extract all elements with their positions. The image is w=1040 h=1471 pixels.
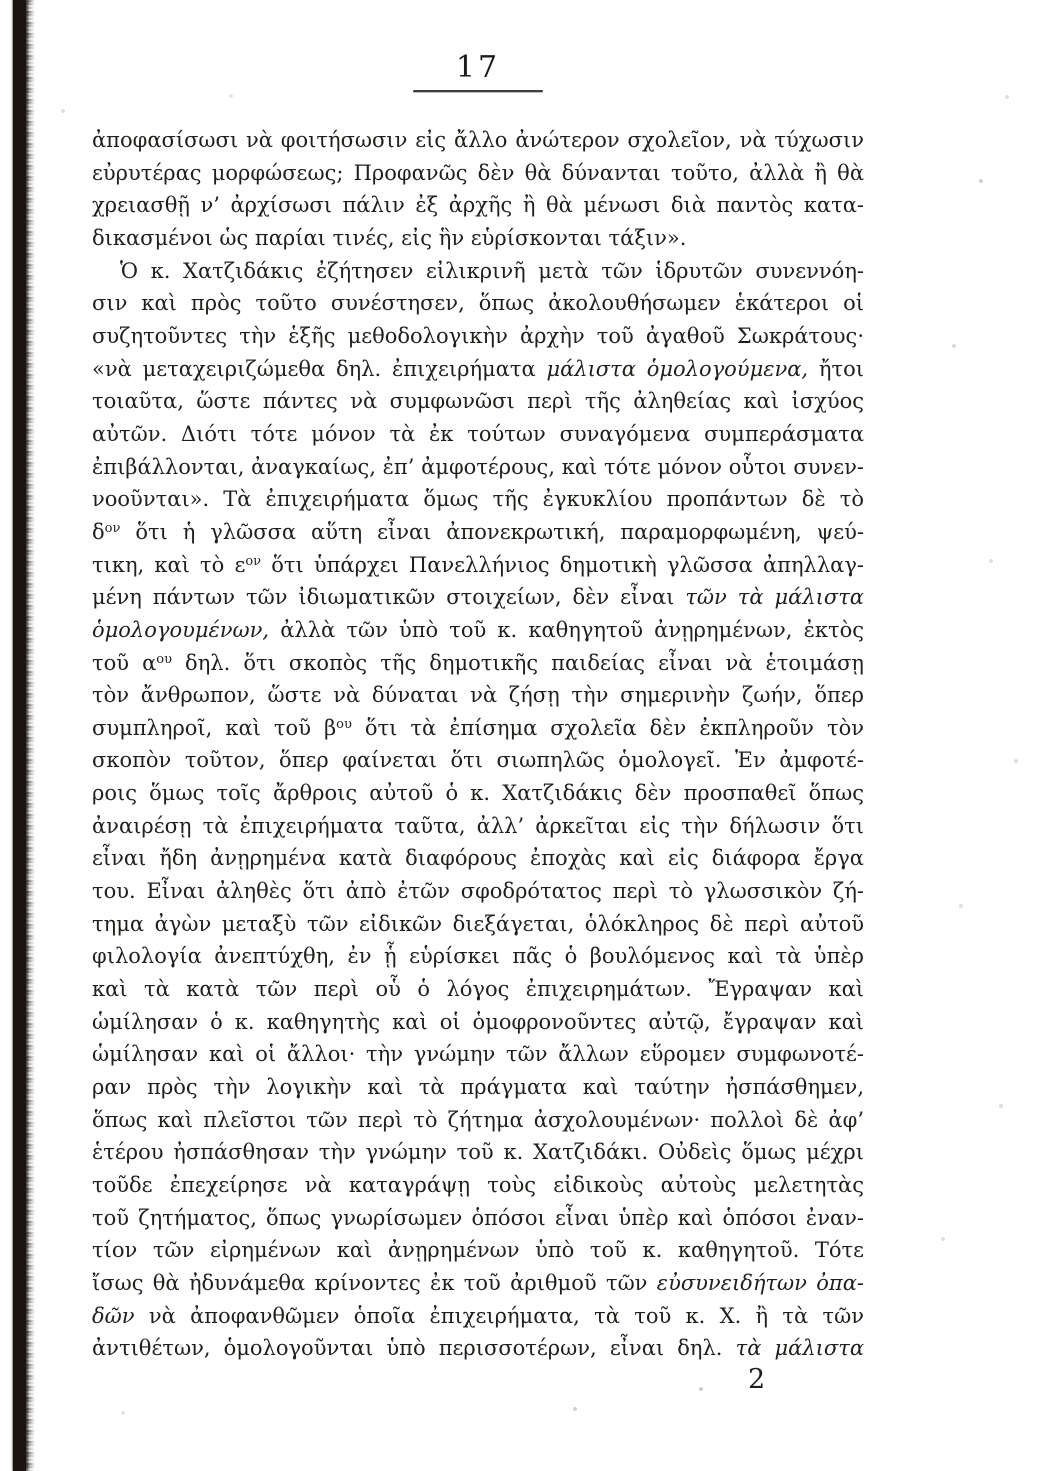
text-line: τὸν ἄνθρωπον, ὥστε νὰ δύναται νὰ ζήσῃ τὴ…	[92, 679, 864, 712]
text-line: ραν πρὸς τὴν λογικὴν καὶ τὰ πράγματα καὶ…	[92, 1071, 864, 1104]
page-left-gutter	[0, 0, 13, 1471]
text-run: σκοπὸν τοῦτον, ὅπερ φαίνεται ὅτι σιωπηλῶ…	[92, 748, 864, 772]
text-run: δ	[92, 520, 105, 544]
text-line: καὶ τὰ κατὰ τῶν περὶ οὗ ὁ λόγος ἐπιχειρη…	[92, 973, 864, 1006]
italic-text-run: ὁμολογουμένων,	[92, 618, 269, 642]
text-run: ὡμίλησαν καὶ οἱ ἄλλοι· τὴν γνώμην τῶν ἄλ…	[92, 1042, 864, 1066]
text-line: ὡμίλησαν καὶ οἱ ἄλλοι· τὴν γνώμην τῶν ἄλ…	[92, 1038, 864, 1071]
text-run: ἀναιρέσῃ τὰ ἐπιχειρήματα ταῦτα, ἀλλ’ ἀρκ…	[92, 814, 864, 838]
text-run: αὐτῶν. Διότι τότε μόνον τὰ ἐκ τούτων συν…	[92, 422, 864, 446]
text-run: τοῦ ζητήματος, ὅπως γνωρίσωμεν ὁπόσοι εἶ…	[92, 1206, 864, 1230]
italic-text-run: τὰ μάλιστα	[736, 1336, 864, 1360]
text-run: μένη πάντων τῶν ἰδιωματικῶν στοιχείων, δ…	[92, 585, 685, 609]
text-run: ἴσως θὰ ἠδυνάμεθα κρίνοντες ἐκ τοῦ ἀριθμ…	[92, 1271, 657, 1295]
text-line: Ὁ κ. Χατζιδάκις ἐζήτησεν εἰλικρινῆ μετὰ …	[92, 255, 864, 288]
text-run: σιν καὶ πρὸς τοῦτο συνέστησεν, ὅπως ἀκολ…	[92, 291, 864, 315]
text-run: χρειασθῇ ν’ ἀρχίσωσι πάλιν ἐξ ἀρχῆς ἢ θὰ…	[92, 193, 864, 217]
text-run: φιλολογία ἀνεπτύχθη, ἐν ᾗ εὑρίσκει πᾶς ὁ…	[92, 944, 864, 968]
text-line: εἶναι ἤδη ἀνῃρημένα κατὰ διαφόρους ἐποχὰ…	[92, 842, 864, 875]
text-line: δῶν νὰ ἀποφανθῶμεν ὁποῖα ἐπιχειρήματα, τ…	[92, 1300, 864, 1333]
superscript-ordinal: ον	[245, 554, 261, 569]
text-run: ἑτέρου ἠσπάσθησαν τὴν γνώμην τοῦ κ. Χατζ…	[92, 1140, 864, 1164]
text-line: τίον τῶν εἰρημένων καὶ ἀνῃρημένων ὑπὸ το…	[92, 1234, 864, 1267]
text-line: ὁμολογουμένων, ἀλλὰ τῶν ὑπὸ τοῦ κ. καθηγ…	[92, 614, 864, 647]
page-header: 17	[92, 52, 864, 92]
text-line: ἀποφασίσωσι νὰ φοιτήσωσιν εἰς ἄλλο ἀνώτε…	[92, 124, 864, 157]
text-line: τοῦ αου δηλ. ὅτι σκοπὸς τῆς δημοτικῆς πα…	[92, 647, 864, 680]
italic-text-run: τῶν τὰ μάλιστα	[685, 585, 864, 609]
text-run: Ὁ κ. Χατζιδάκις ἐζήτησεν εἰλικρινῆ μετὰ …	[120, 259, 864, 283]
superscript-ordinal: ου	[336, 717, 352, 732]
text-run: ἀντιθέτων, ὁμολογοῦνται ὑπὸ περισσοτέρων…	[92, 1336, 736, 1360]
text-line: τικη, καὶ τὸ εον ὅτι ὑπάρχει Πανελλήνιος…	[92, 549, 864, 582]
text-run: του. Εἶναι ἀληθὲς ὅτι ἀπὸ ἐτῶν σφοδρότατ…	[92, 879, 864, 903]
text-run: καὶ τὰ κατὰ τῶν περὶ οὗ ὁ λόγος ἐπιχειρη…	[92, 977, 864, 1001]
text-line: τοῦδε ἐπεχείρησε νὰ καταγράψῃ τοὺς εἰδικ…	[92, 1169, 864, 1202]
text-run: ὅπως καὶ πλεῖστοι τῶν περὶ τὸ ζήτημα ἀσχ…	[92, 1108, 864, 1132]
text-run: «νὰ μεταχειριζώμεθα δηλ. ἐπιχειρήματα	[92, 357, 546, 381]
text-run: νοοῦνται». Τὰ ἐπιχειρήματα ὅμως τῆς ἐγκυ…	[92, 487, 864, 511]
text-run: ὅτι τὰ ἐπίσημα σχολεῖα δὲν ἐκπληροῦν τὸν	[352, 716, 864, 740]
text-line: ἴσως θὰ ἠδυνάμεθα κρίνοντες ἐκ τοῦ ἀριθμ…	[92, 1267, 864, 1300]
text-run: τοῦδε ἐπεχείρησε νὰ καταγράψῃ τοὺς εἰδικ…	[92, 1173, 864, 1197]
binding-scan-band	[13, 0, 26, 1471]
text-line: «νὰ μεταχειριζώμεθα δηλ. ἐπιχειρήματα μά…	[92, 353, 864, 386]
text-line: δικασμένοι ὡς παρίαι τινές, εἰς ἣν εὑρίσ…	[92, 222, 864, 255]
text-run: ἀποφασίσωσι νὰ φοιτήσωσιν εἰς ἄλλο ἀνώτε…	[92, 128, 864, 152]
text-line: εὐρυτέρας μορφώσεως; Προφανῶς δὲν θὰ δύν…	[92, 157, 864, 190]
text-block: ἀποφασίσωσι νὰ φοιτήσωσιν εἰς ἄλλο ἀνώτε…	[92, 124, 864, 1365]
text-line: νοοῦνται». Τὰ ἐπιχειρήματα ὅμως τῆς ἐγκυ…	[92, 483, 864, 516]
superscript-ordinal: ον	[105, 521, 121, 536]
text-line: μένη πάντων τῶν ἰδιωματικῶν στοιχείων, δ…	[92, 581, 864, 614]
text-line: δον ὅτι ἡ γλῶσσα αὕτη εἶναι ἀπονεκρωτική…	[92, 516, 864, 549]
text-run: ροις ὅμως τοῖς ἄρθροις αὐτοῦ ὁ κ. Χατζιδ…	[92, 781, 864, 805]
scanned-book-page: { "page": { "header_page_number": "17", …	[0, 0, 1040, 1471]
text-run: τοῦ α	[92, 651, 156, 675]
text-line: φιλολογία ἀνεπτύχθη, ἐν ᾗ εὑρίσκει πᾶς ὁ…	[92, 940, 864, 973]
text-run: ὡμίλησαν ὁ κ. καθηγητὴς καὶ οἱ ὁμοφρονοῦ…	[92, 1010, 864, 1034]
text-run: τημα ἀγὼν μεταξὺ τῶν εἰδικῶν διεξάγεται,…	[92, 912, 864, 936]
text-line: ἑτέρου ἠσπάσθησαν τὴν γνώμην τοῦ κ. Χατζ…	[92, 1136, 864, 1169]
page-number: 17	[92, 52, 864, 84]
text-run: τικη, καὶ τὸ ε	[92, 553, 245, 577]
text-run: νὰ ἀποφανθῶμεν ὁποῖα ἐπιχειρήματα, τὰ το…	[135, 1304, 864, 1328]
scan-speckles	[0, 0, 2, 2]
superscript-ordinal: ου	[156, 652, 172, 667]
text-run: ὅτι ἡ γλῶσσα αὕτη εἶναι ἀπονεκρωτική, πα…	[120, 520, 864, 544]
text-run: συζητοῦντες τὴν ἑξῆς μεθοδολογικὴν ἀρχὴν…	[92, 324, 864, 348]
text-line: συμπληροῖ, καὶ τοῦ βου ὅτι τὰ ἐπίσημα σχ…	[92, 712, 864, 745]
header-rule	[413, 90, 543, 92]
text-run: ὅτι ὑπάρχει Πανελλήνιος δημοτικὴ γλῶσσα …	[261, 553, 864, 577]
binding-scan-band-fringe	[26, 0, 35, 1471]
text-line: σιν καὶ πρὸς τοῦτο συνέστησεν, ὅπως ἀκολ…	[92, 287, 864, 320]
signature-mark: 2	[748, 1364, 765, 1395]
text-run: εἶναι ἤδη ἀνῃρημένα κατὰ διαφόρους ἐποχὰ…	[92, 846, 864, 870]
text-line: συζητοῦντες τὴν ἑξῆς μεθοδολογικὴν ἀρχὴν…	[92, 320, 864, 353]
text-run: δηλ. ὅτι σκοπὸς τῆς δημοτικῆς παιδείας ε…	[172, 651, 864, 675]
text-run: ἀλλὰ τῶν ὑπὸ τοῦ κ. καθηγητοῦ ἀνῃρημένων…	[269, 618, 864, 642]
text-line: τοιαῦτα, ὥστε πάντες νὰ συμφωνῶσι περὶ τ…	[92, 385, 864, 418]
text-line: χρειασθῇ ν’ ἀρχίσωσι πάλιν ἐξ ἀρχῆς ἢ θὰ…	[92, 189, 864, 222]
text-run: τοιαῦτα, ὥστε πάντες νὰ συμφωνῶσι περὶ τ…	[92, 389, 864, 413]
text-line: ἀντιθέτων, ὁμολογοῦνται ὑπὸ περισσοτέρων…	[92, 1332, 864, 1365]
italic-text-run: μάλιστα ὁμολογούμενα,	[546, 357, 808, 381]
text-line: τοῦ ζητήματος, ὅπως γνωρίσωμεν ὁπόσοι εἶ…	[92, 1202, 864, 1235]
text-line: ροις ὅμως τοῖς ἄρθροις αὐτοῦ ὁ κ. Χατζιδ…	[92, 777, 864, 810]
text-line: ἀναιρέσῃ τὰ ἐπιχειρήματα ταῦτα, ἀλλ’ ἀρκ…	[92, 810, 864, 843]
text-run: ἐπιβάλλονται, ἀναγκαίως, ἐπ’ ἀμφοτέρους,…	[92, 455, 864, 479]
text-line: αὐτῶν. Διότι τότε μόνον τὰ ἐκ τούτων συν…	[92, 418, 864, 451]
text-line: ὡμίλησαν ὁ κ. καθηγητὴς καὶ οἱ ὁμοφρονοῦ…	[92, 1006, 864, 1039]
text-run: ραν πρὸς τὴν λογικὴν καὶ τὰ πράγματα καὶ…	[92, 1075, 864, 1099]
italic-text-run: δῶν	[92, 1304, 135, 1328]
text-run: ἤτοι	[808, 357, 864, 381]
text-line: σκοπὸν τοῦτον, ὅπερ φαίνεται ὅτι σιωπηλῶ…	[92, 744, 864, 777]
text-line: τημα ἀγὼν μεταξὺ τῶν εἰδικῶν διεξάγεται,…	[92, 908, 864, 941]
italic-text-run: εὐσυνειδήτων ὀπα-	[657, 1271, 864, 1295]
text-run: συμπληροῖ, καὶ τοῦ β	[92, 716, 336, 740]
text-line: ἐπιβάλλονται, ἀναγκαίως, ἐπ’ ἀμφοτέρους,…	[92, 451, 864, 484]
text-run: τίον τῶν εἰρημένων καὶ ἀνῃρημένων ὑπὸ το…	[92, 1238, 864, 1262]
text-run: δικασμένοι ὡς παρίαι τινές, εἰς ἣν εὑρίσ…	[92, 226, 686, 250]
text-line: ὅπως καὶ πλεῖστοι τῶν περὶ τὸ ζήτημα ἀσχ…	[92, 1104, 864, 1137]
text-run: τὸν ἄνθρωπον, ὥστε νὰ δύναται νὰ ζήσῃ τὴ…	[92, 683, 864, 707]
text-line: του. Εἶναι ἀληθὲς ὅτι ἀπὸ ἐτῶν σφοδρότατ…	[92, 875, 864, 908]
text-run: εὐρυτέρας μορφώσεως; Προφανῶς δὲν θὰ δύν…	[92, 161, 864, 185]
